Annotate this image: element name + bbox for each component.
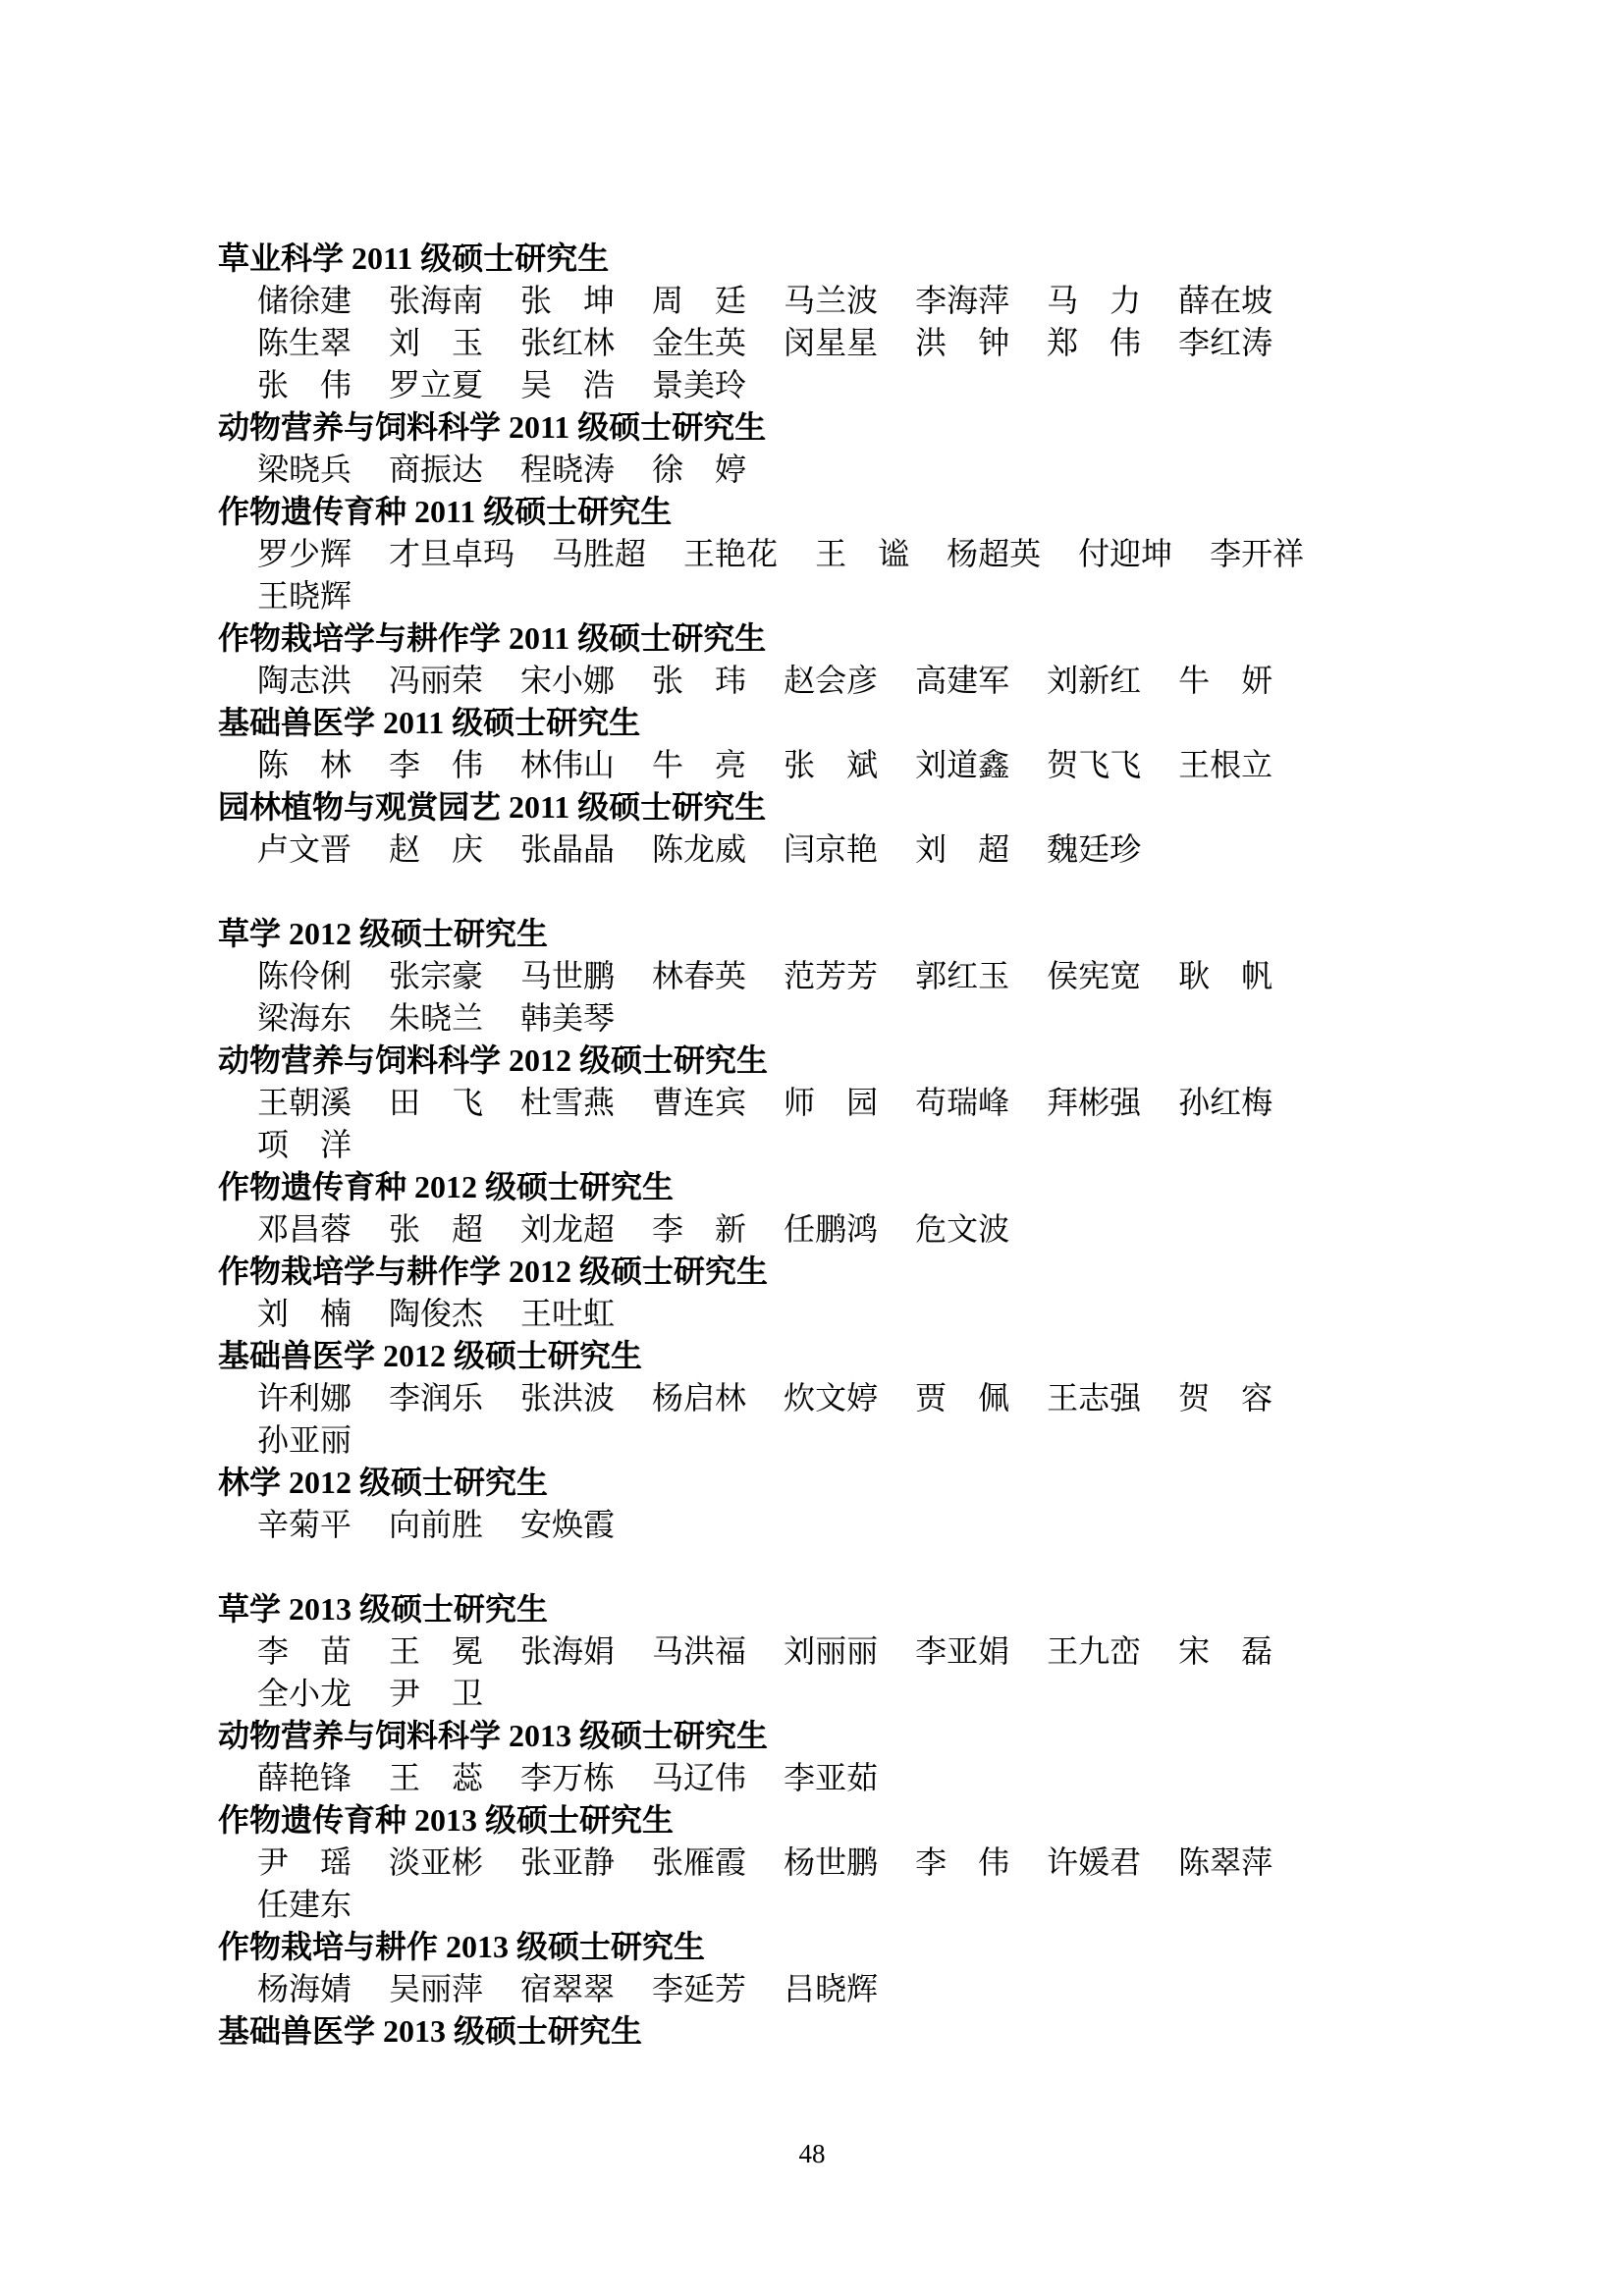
name-line: 罗少辉才旦卓玛马胜超王艳花王 谧杨超英付迎坤李开祥 <box>218 533 1475 575</box>
student-name: 杨世鹏 <box>784 1842 878 1884</box>
group-spacer <box>218 871 1475 913</box>
student-name: 任建东 <box>257 1884 352 1926</box>
name-line: 陈伶俐张宗豪马世鹏林春英范芳芳郭红玉侯宪宽耿 帆 <box>218 955 1475 997</box>
name-line: 孙亚丽 <box>218 1419 1475 1462</box>
student-name: 张海娟 <box>520 1630 615 1673</box>
section-title: 基础兽医学 2011 级硕士研究生 <box>218 702 1475 744</box>
student-name: 张 超 <box>389 1208 483 1251</box>
section-title: 动物营养与饲料科学 2011 级硕士研究生 <box>218 406 1475 449</box>
name-line: 储徐建张海南张 坤周 廷马兰波李海萍马 力薛在坡 <box>218 280 1475 322</box>
student-name: 李延芳 <box>652 1968 746 2010</box>
student-name: 张红林 <box>520 322 615 364</box>
student-name: 朱晓兰 <box>389 997 483 1040</box>
student-name: 马世鹏 <box>520 955 615 997</box>
section-title: 动物营养与饲料科学 2013 级硕士研究生 <box>218 1715 1475 1757</box>
name-line: 杨海婧吴丽萍宿翠翠李延芳吕晓辉 <box>218 1968 1475 2010</box>
student-name: 马 力 <box>1047 280 1141 322</box>
section-title: 基础兽医学 2012 级硕士研究生 <box>218 1335 1475 1377</box>
student-name: 张 伟 <box>257 364 352 406</box>
student-name: 杨海婧 <box>257 1968 352 2010</box>
student-name: 耿 帆 <box>1178 955 1272 997</box>
student-name: 李海萍 <box>915 280 1009 322</box>
student-name: 牛 亮 <box>652 744 746 786</box>
student-name: 宋小娜 <box>520 660 615 702</box>
student-name: 李润乐 <box>389 1377 483 1419</box>
student-name: 向前胜 <box>389 1504 483 1546</box>
student-name: 李 新 <box>652 1208 746 1251</box>
student-name: 宋 磊 <box>1178 1630 1272 1673</box>
document-content: 草业科学 2011 级硕士研究生储徐建张海南张 坤周 廷马兰波李海萍马 力薛在坡… <box>218 238 1475 2053</box>
student-name: 陈翠萍 <box>1178 1842 1272 1884</box>
student-name: 闵星星 <box>784 322 878 364</box>
student-name: 拜彬强 <box>1047 1082 1141 1124</box>
student-name: 马兰波 <box>784 280 878 322</box>
student-name: 张洪波 <box>520 1377 615 1419</box>
group-spacer <box>218 1546 1475 1588</box>
student-name: 陶俊杰 <box>389 1293 483 1335</box>
student-name: 韩美琴 <box>520 997 615 1040</box>
name-line: 王晓辉 <box>218 575 1475 617</box>
name-line: 卢文晋赵 庆张晶晶陈龙威闫京艳刘 超魏廷珍 <box>218 828 1475 871</box>
name-line: 陈生翠刘 玉张红林金生英闵星星洪 钟郑 伟李红涛 <box>218 322 1475 364</box>
student-name: 陈生翠 <box>257 322 352 364</box>
student-name: 梁海东 <box>257 997 352 1040</box>
student-name: 李 苗 <box>257 1630 352 1673</box>
student-name: 储徐建 <box>257 280 352 322</box>
student-name: 贺飞飞 <box>1047 744 1141 786</box>
student-name: 高建军 <box>915 660 1009 702</box>
student-name: 梁晓兵 <box>257 449 352 491</box>
student-name: 付迎坤 <box>1078 533 1172 575</box>
student-name: 辛菊平 <box>257 1504 352 1546</box>
student-name: 侯宪宽 <box>1047 955 1141 997</box>
student-name: 王 冕 <box>389 1630 483 1673</box>
name-line: 项 洋 <box>218 1124 1475 1166</box>
student-name: 安焕霞 <box>520 1504 615 1546</box>
student-name: 张 斌 <box>784 744 878 786</box>
student-name: 张晶晶 <box>520 828 615 871</box>
student-name: 张海南 <box>389 280 483 322</box>
student-name: 郭红玉 <box>915 955 1009 997</box>
student-name: 刘道鑫 <box>915 744 1009 786</box>
student-name: 林春英 <box>652 955 746 997</box>
student-name: 危文波 <box>915 1208 1009 1251</box>
student-name: 魏廷珍 <box>1047 828 1141 871</box>
student-name: 王晓辉 <box>257 575 352 617</box>
student-name: 罗立夏 <box>389 364 483 406</box>
section-title: 草业科学 2011 级硕士研究生 <box>218 238 1475 280</box>
name-line: 刘 楠陶俊杰王吐虹 <box>218 1293 1475 1335</box>
student-name: 孙红梅 <box>1178 1082 1272 1124</box>
student-name: 徐 婷 <box>652 449 746 491</box>
student-name: 杨超英 <box>947 533 1041 575</box>
student-name: 李亚茹 <box>784 1757 878 1799</box>
section-title: 草学 2013 级硕士研究生 <box>218 1588 1475 1630</box>
student-name: 孙亚丽 <box>257 1419 352 1462</box>
student-name: 周 廷 <box>652 280 746 322</box>
student-name: 王志强 <box>1047 1377 1141 1419</box>
name-line: 许利娜李润乐张洪波杨启林炊文婷贾 佩王志强贺 容 <box>218 1377 1475 1419</box>
section-title: 作物遗传育种 2011 级硕士研究生 <box>218 491 1475 533</box>
student-name: 马胜超 <box>552 533 646 575</box>
student-name: 贺 容 <box>1178 1377 1272 1419</box>
student-name: 刘龙超 <box>520 1208 615 1251</box>
student-name: 曹连宾 <box>652 1082 746 1124</box>
student-name: 炊文婷 <box>784 1377 878 1419</box>
student-name: 张雁霞 <box>652 1842 746 1884</box>
student-name: 李万栋 <box>520 1757 615 1799</box>
section-title: 动物营养与饲料科学 2012 级硕士研究生 <box>218 1040 1475 1082</box>
name-line: 辛菊平向前胜安焕霞 <box>218 1504 1475 1546</box>
student-name: 郑 伟 <box>1047 322 1141 364</box>
student-name: 马洪福 <box>652 1630 746 1673</box>
student-name: 杜雪燕 <box>520 1082 615 1124</box>
name-line: 邓昌蓉张 超刘龙超李 新任鹏鸿危文波 <box>218 1208 1475 1251</box>
name-line: 全小龙尹 卫 <box>218 1673 1475 1715</box>
student-name: 洪 钟 <box>915 322 1009 364</box>
student-name: 马辽伟 <box>652 1757 746 1799</box>
student-name: 田 飞 <box>389 1082 483 1124</box>
student-name: 赵 庆 <box>389 828 483 871</box>
student-name: 吴 浩 <box>520 364 615 406</box>
name-line: 李 苗王 冕张海娟马洪福刘丽丽李亚娟王九峦宋 磊 <box>218 1630 1475 1673</box>
student-name: 罗少辉 <box>257 533 352 575</box>
student-name: 李红涛 <box>1178 322 1272 364</box>
student-name: 李开祥 <box>1210 533 1304 575</box>
name-line: 尹 瑶淡亚彬张亚静张雁霞杨世鹏李 伟许媛君陈翠萍 <box>218 1842 1475 1884</box>
student-name: 刘 超 <box>915 828 1009 871</box>
student-name: 许利娜 <box>257 1377 352 1419</box>
student-name: 张 玮 <box>652 660 746 702</box>
student-name: 闫京艳 <box>784 828 878 871</box>
section-title: 作物栽培学与耕作学 2011 级硕士研究生 <box>218 617 1475 660</box>
student-name: 李 伟 <box>389 744 483 786</box>
name-line: 王朝溪田 飞杜雪燕曹连宾师 园苟瑞峰拜彬强孙红梅 <box>218 1082 1475 1124</box>
student-name: 薛在坡 <box>1178 280 1272 322</box>
student-name: 邓昌蓉 <box>257 1208 352 1251</box>
student-name: 王根立 <box>1178 744 1272 786</box>
page-number: 48 <box>0 2136 1624 2171</box>
student-name: 淡亚彬 <box>389 1842 483 1884</box>
student-name: 陶志洪 <box>257 660 352 702</box>
name-line: 梁海东朱晓兰韩美琴 <box>218 997 1475 1040</box>
student-name: 宿翠翠 <box>520 1968 615 2010</box>
student-name: 吕晓辉 <box>784 1968 878 2010</box>
student-name: 许媛君 <box>1047 1842 1141 1884</box>
student-name: 王吐虹 <box>520 1293 615 1335</box>
section-title: 作物栽培学与耕作学 2012 级硕士研究生 <box>218 1251 1475 1293</box>
student-name: 陈 林 <box>257 744 352 786</box>
student-name: 王艳花 <box>683 533 778 575</box>
student-name: 吴丽萍 <box>389 1968 483 2010</box>
name-line: 梁晓兵商振达程晓涛徐 婷 <box>218 449 1475 491</box>
student-name: 师 园 <box>784 1082 878 1124</box>
name-line: 张 伟罗立夏吴 浩景美玲 <box>218 364 1475 406</box>
student-name: 景美玲 <box>652 364 746 406</box>
student-name: 苟瑞峰 <box>915 1082 1009 1124</box>
student-name: 张亚静 <box>520 1842 615 1884</box>
student-name: 卢文晋 <box>257 828 352 871</box>
student-name: 张 坤 <box>520 280 615 322</box>
student-name: 金生英 <box>652 322 746 364</box>
student-name: 陈伶俐 <box>257 955 352 997</box>
section-title: 园林植物与观赏园艺 2011 级硕士研究生 <box>218 786 1475 828</box>
student-name: 刘 楠 <box>257 1293 352 1335</box>
student-name: 冯丽荣 <box>389 660 483 702</box>
section-title: 作物遗传育种 2012 级硕士研究生 <box>218 1166 1475 1208</box>
student-name: 李 伟 <box>915 1842 1009 1884</box>
student-name: 刘新红 <box>1047 660 1141 702</box>
name-line: 陶志洪冯丽荣宋小娜张 玮赵会彦高建军刘新红牛 妍 <box>218 660 1475 702</box>
student-name: 项 洋 <box>257 1124 352 1166</box>
student-name: 王朝溪 <box>257 1082 352 1124</box>
document-page: 草业科学 2011 级硕士研究生储徐建张海南张 坤周 廷马兰波李海萍马 力薛在坡… <box>0 0 1624 2296</box>
student-name: 陈龙威 <box>652 828 746 871</box>
student-name: 王 谧 <box>815 533 909 575</box>
student-name: 薛艳锋 <box>257 1757 352 1799</box>
student-name: 张宗豪 <box>389 955 483 997</box>
student-name: 赵会彦 <box>784 660 878 702</box>
student-name: 王 蕊 <box>389 1757 483 1799</box>
section-title: 草学 2012 级硕士研究生 <box>218 913 1475 955</box>
student-name: 贾 佩 <box>915 1377 1009 1419</box>
name-line: 任建东 <box>218 1884 1475 1926</box>
section-title: 林学 2012 级硕士研究生 <box>218 1462 1475 1504</box>
student-name: 任鹏鸿 <box>784 1208 878 1251</box>
student-name: 刘丽丽 <box>784 1630 878 1673</box>
student-name: 范芳芳 <box>784 955 878 997</box>
student-name: 尹 瑶 <box>257 1842 352 1884</box>
student-name: 刘 玉 <box>389 322 483 364</box>
name-line: 陈 林李 伟林伟山牛 亮张 斌刘道鑫贺飞飞王根立 <box>218 744 1475 786</box>
section-title: 基础兽医学 2013 级硕士研究生 <box>218 2010 1475 2053</box>
student-name: 王九峦 <box>1047 1630 1141 1673</box>
student-name: 林伟山 <box>520 744 615 786</box>
student-name: 全小龙 <box>257 1673 352 1715</box>
student-name: 商振达 <box>389 449 483 491</box>
student-name: 牛 妍 <box>1178 660 1272 702</box>
student-name: 李亚娟 <box>915 1630 1009 1673</box>
student-name: 尹 卫 <box>389 1673 483 1715</box>
student-name: 程晓涛 <box>520 449 615 491</box>
student-name: 才旦卓玛 <box>389 533 514 575</box>
section-title: 作物栽培与耕作 2013 级硕士研究生 <box>218 1926 1475 1968</box>
section-title: 作物遗传育种 2013 级硕士研究生 <box>218 1799 1475 1842</box>
name-line: 薛艳锋王 蕊李万栋马辽伟李亚茹 <box>218 1757 1475 1799</box>
student-name: 杨启林 <box>652 1377 746 1419</box>
